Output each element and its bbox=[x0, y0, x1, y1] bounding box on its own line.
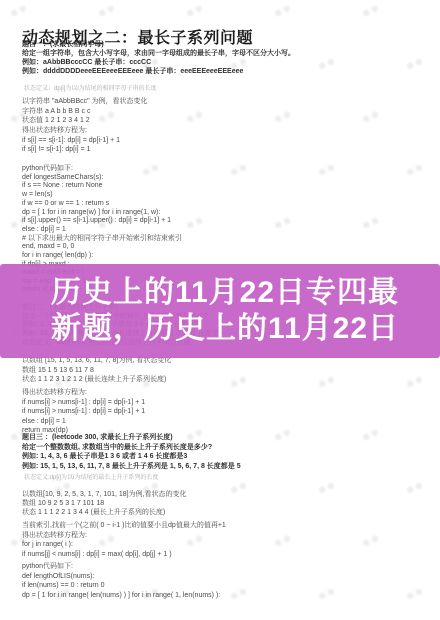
problem1-statement-line: 例如：ddddDDDDeeeEEEeeeEEEeee 最长子串：eeeEEEee… bbox=[22, 67, 295, 76]
watermark-stamp: ※※ bbox=[185, 3, 207, 21]
problem3-code-line: if len(nums) == 0 : return 0 bbox=[22, 581, 220, 591]
watermark-stamp: ※※ bbox=[273, 109, 295, 127]
problem1-code-line: else : dp[i] = 1 bbox=[22, 226, 182, 235]
problem3-code-line: dp = [ 1 for i in range( len(nums) ) ] f… bbox=[22, 591, 220, 601]
problem3-trace: 以数组[10, 9, 2, 5, 3, 1, 7, 101, 18]为例,看状态… bbox=[22, 490, 187, 517]
watermark-stamp: ※※ bbox=[185, 215, 207, 233]
watermark-stamp: ※※ bbox=[361, 109, 383, 127]
problem3-state-definition: 状态定义:dp[i]为以i为结尾的最长上升子系列的长度 bbox=[24, 475, 158, 482]
watermark-stamp: ※※ bbox=[405, 374, 427, 392]
article-page: ※※※※※※※※※※※※※※※※※※※※※※※※※※※※※※※※※※※※※※※※… bbox=[0, 0, 440, 620]
problem3-trace-line: 以数组[10, 9, 2, 5, 3, 1, 7, 101, 18]为例,看状态… bbox=[22, 490, 187, 499]
watermark-stamp: ※※ bbox=[317, 480, 339, 498]
watermark-stamp: ※※ bbox=[9, 3, 31, 21]
watermark-stamp: ※※ bbox=[229, 374, 251, 392]
problem1-code-line: if s == None : return None bbox=[22, 182, 182, 191]
problem2-transition-line: else : dp[i] = 1 bbox=[22, 417, 145, 427]
problem3-trace-line: 状态 1 1 1 2 2 1 3 4 4 (最长上升子系列的长度) bbox=[22, 508, 187, 517]
watermark-stamp: ※※ bbox=[361, 533, 383, 551]
promo-overlay-line2: 新题，历史上的11月22日 bbox=[51, 311, 399, 347]
problem2-transition-line: 得出状态转移方程为: bbox=[22, 388, 145, 398]
problem3-code: python代码如下:def lengthOfLIS(nums):if len(… bbox=[22, 562, 220, 600]
promo-overlay-banner: 历史上的11月22日专四最 新题，历史上的11月22日 bbox=[0, 264, 440, 358]
problem1-code-line: # 以下求出最大的相同字符子串开始索引和结束索引 bbox=[22, 235, 182, 244]
problem1-transition-line: if s[i] != s[i-1]: dp[i] = 1 bbox=[22, 145, 120, 155]
watermark-stamp: ※※ bbox=[229, 586, 251, 604]
problem3-code-line: def lengthOfLIS(nums): bbox=[22, 572, 220, 582]
problem1-trace: 以字符串 "aAbbBBcc" 为例，看状态变化字符串 a A b b B B … bbox=[22, 97, 148, 126]
problem3-statement: 题目三 ：(leetcode 300, 求最长上升子系列长度)给定一个整数数组,… bbox=[22, 433, 241, 471]
problem1-code-line: if s[i].upper() == s[i-1].upper() : dp[i… bbox=[22, 217, 182, 226]
problem2-transition-line: if nums[i] > nums[i-1] : dp[i] = dp[i-1]… bbox=[22, 398, 145, 408]
problem2-transition-line: if nums[i] > nums[i-1] : dp[i] = dp[i-1]… bbox=[22, 407, 145, 417]
problem1-transition-line: 得出状态转移方程为: bbox=[22, 126, 120, 136]
problem1-code-line: dp = [ 1 for i in range(w) ] for i in ra… bbox=[22, 209, 182, 218]
problem3-logic-line: for j in range( i ): bbox=[22, 540, 226, 550]
problem2-transition: 得出状态转移方程为:if nums[i] > nums[i-1] : dp[i]… bbox=[22, 388, 145, 436]
watermark-stamp: ※※ bbox=[317, 162, 339, 180]
watermark-stamp: ※※ bbox=[361, 427, 383, 445]
problem1-transition-line: if s[i] == s[i-1]: dp[i] = dp[i-1] + 1 bbox=[22, 136, 120, 146]
problem1-statement-line: 例如：aAbbBBcccCC 最长子串：cccCC bbox=[22, 58, 295, 67]
problem1-transition: 得出状态转移方程为:if s[i] == s[i-1]: dp[i] = dp[… bbox=[22, 126, 120, 155]
watermark-stamp: ※※ bbox=[317, 586, 339, 604]
problem2-trace-line: 状态 1 1 2 3 1 2 1 2 (最长连续上升子系列长度) bbox=[22, 375, 171, 385]
watermark-stamp: ※※ bbox=[405, 162, 427, 180]
problem1-code-line: if w == 0 or w == 1 : return s bbox=[22, 200, 182, 209]
watermark-stamp: ※※ bbox=[405, 480, 427, 498]
problem3-code-line: python代码如下: bbox=[22, 562, 220, 572]
problem1-code-line: end, maxd = 0, 0 bbox=[22, 243, 182, 252]
watermark-stamp: ※※ bbox=[273, 3, 295, 21]
problem2-trace: 以数组 [15, 1, 5, 13, 6, 11, 7, 8]为例, 看状态变化… bbox=[22, 356, 171, 385]
promo-overlay-line1: 历史上的11月22日专四最 bbox=[51, 275, 399, 311]
watermark-stamp: ※※ bbox=[317, 374, 339, 392]
watermark-stamp: ※※ bbox=[361, 3, 383, 21]
problem1-code-line: def longestSameChars(s): bbox=[22, 174, 182, 183]
watermark-stamp: ※※ bbox=[229, 162, 251, 180]
problem1-statement-line: 题目一：(求最长相同字母) bbox=[22, 40, 295, 49]
watermark-stamp: ※※ bbox=[273, 427, 295, 445]
problem1-trace-line: 状态值 1 2 1 2 3 4 1 2 bbox=[22, 116, 148, 126]
problem1-trace-line: 以字符串 "aAbbBBcc" 为例，看状态变化 bbox=[22, 97, 148, 107]
watermark-stamp: ※※ bbox=[361, 215, 383, 233]
problem3-trace-line: 数组 10 9 2 5 3 1 7 101 18 bbox=[22, 499, 187, 508]
problem3-statement-line: 例如: 15, 1, 5, 13, 6, 11, 7, 8 最长上升子系列是 1… bbox=[22, 462, 241, 472]
problem3-statement-line: 题目三 ：(leetcode 300, 求最长上升子系列长度) bbox=[22, 433, 241, 443]
watermark-stamp: ※※ bbox=[273, 533, 295, 551]
problem1-code: python代码如下:def longestSameChars(s):if s … bbox=[22, 165, 182, 269]
problem3-statement-line: 例如: 1, 4, 3, 6 最长子串是1 3 6 或者 1 4 6 长度都是3 bbox=[22, 452, 241, 462]
problem3-logic: 当前索引,找前一个(之前( 0 ~ i-1 )比i的值要小且dp值最大的值再+1… bbox=[22, 521, 226, 560]
watermark-stamp: ※※ bbox=[317, 56, 339, 74]
problem1-code-line: python代码如下: bbox=[22, 165, 182, 174]
watermark-stamp: ※※ bbox=[97, 3, 119, 21]
problem3-logic-line: 当前索引,找前一个(之前( 0 ~ i-1 )比i的值要小且dp值最大的值再+1 bbox=[22, 521, 226, 531]
problem3-logic-line: 得出状态转移方程为: bbox=[22, 531, 226, 541]
watermark-stamp: ※※ bbox=[185, 109, 207, 127]
watermark-stamp: ※※ bbox=[405, 586, 427, 604]
problem2-trace-line: 数组 15 1 5 13 6 11 7 8 bbox=[22, 366, 171, 376]
problem3-logic-line: if nums[j] < nums[i] : dp[i] = max( dp[i… bbox=[22, 550, 226, 560]
problem3-statement-line: 给定一个整数数组, 求数组当中的最长上升子系列长度是多少? bbox=[22, 443, 241, 453]
watermark-stamp: ※※ bbox=[405, 56, 427, 74]
watermark-stamp: ※※ bbox=[229, 480, 251, 498]
problem1-code-line: for i in range( len(dp) ): bbox=[22, 252, 182, 261]
problem1-statement: 题目一：(求最长相同字母)给定一组字符串，包含大小写字母，求由同一字母组成的最长… bbox=[22, 40, 295, 76]
problem1-state-definition: 状态定义：dp[i]为以i为结尾的相同字母子串的长度 bbox=[24, 86, 157, 93]
watermark-stamp: ※※ bbox=[273, 215, 295, 233]
problem1-code-line: w = len(s) bbox=[22, 191, 182, 200]
problem1-trace-line: 字符串 a A b b B B c c bbox=[22, 107, 148, 117]
problem1-statement-line: 给定一组字符串，包含大小写字母，求由同一字母组成的最长子串，字母不区分大小写。 bbox=[22, 49, 295, 58]
